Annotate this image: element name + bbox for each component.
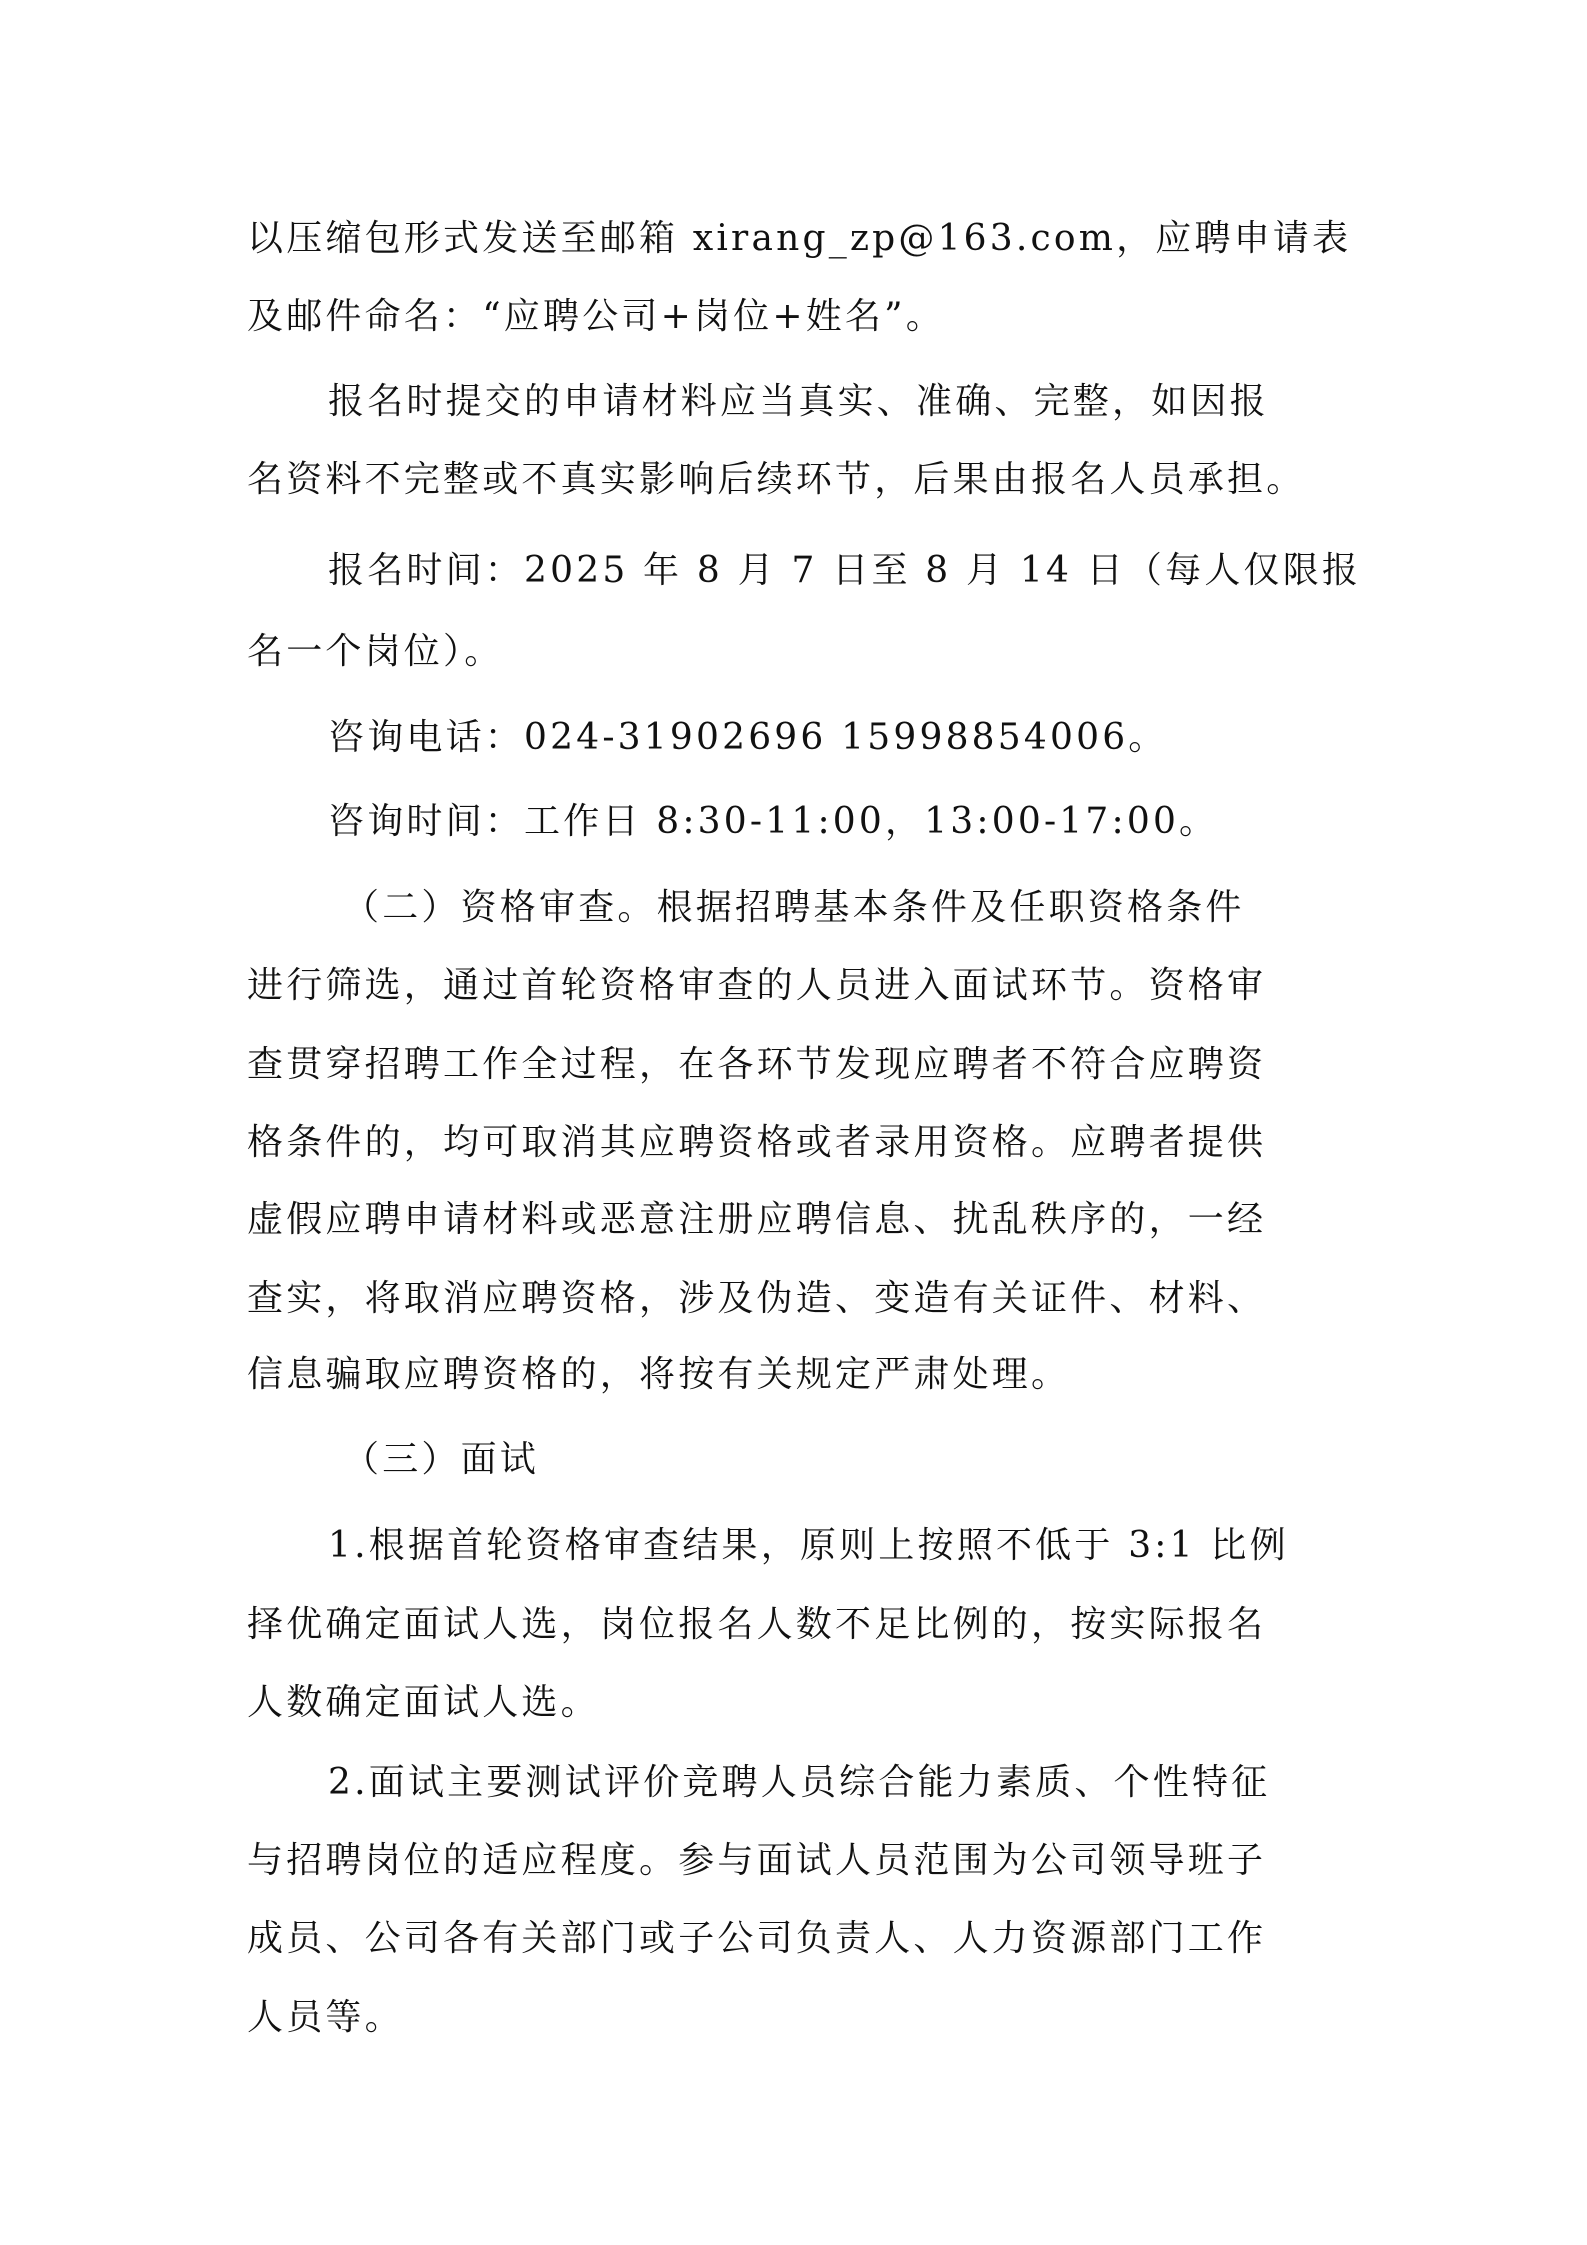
text-line-interview-item-1: 1.根据首轮资格审查结果，原则上按照不低于 3:1 比例 [328,1521,1358,1571]
text-line-interview-item-2: 2.面试主要测试评价竞聘人员综合能力素质、个性特征 [328,1758,1358,1808]
text-line-interview-item-2-cont-1: 与招聘岗位的适应程度。参与面试人员范围为公司领导班子 [247,1836,1357,1886]
section-heading-qualification-review: （二）资格审查。根据招聘基本条件及任职资格条件 [343,883,1358,933]
text-line-registration-time: 报名时间：2025 年 8 月 7 日至 8 月 14 日（每人仅限报 [328,546,1358,596]
text-line-contact-phone: 咨询电话：024-31902696 15998854006。 [328,713,1358,763]
text-line-review-5: 查实，将取消应聘资格，涉及伪造、变造有关证件、材料、 [247,1274,1357,1324]
text-line-interview-item-2-end: 人员等。 [247,1993,1357,2043]
document-page: 以压缩包形式发送至邮箱 xirang_zp@163.com，应聘申请表 及邮件命… [0,0,1587,2245]
text-line-review-1: 进行筛选，通过首轮资格审查的人员进入面试环节。资格审 [247,961,1357,1011]
text-line-interview-item-1-cont: 择优确定面试人选，岗位报名人数不足比例的，按实际报名 [247,1600,1357,1650]
text-line-review-6: 信息骗取应聘资格的，将按有关规定严肃处理。 [247,1350,1357,1400]
text-line-review-2: 查贯穿招聘工作全过程，在各环节发现应聘者不符合应聘资 [247,1040,1357,1090]
text-line-interview-item-2-cont-2: 成员、公司各有关部门或子公司负责人、人力资源部门工作 [247,1914,1357,1964]
text-line-materials-consequence: 名资料不完整或不真实影响后续环节，后果由报名人员承担。 [247,455,1357,505]
text-line-materials-truthful: 报名时提交的申请材料应当真实、准确、完整，如因报 [328,377,1358,427]
text-line-email-naming: 及邮件命名：“应聘公司+岗位+姓名”。 [247,292,1357,342]
text-line-review-3: 格条件的，均可取消其应聘资格或者录用资格。应聘者提供 [247,1118,1357,1168]
section-heading-interview: （三）面试 [343,1435,1358,1485]
text-line-interview-item-1-end: 人数确定面试人选。 [247,1678,1357,1728]
text-line-review-4: 虚假应聘申请材料或恶意注册应聘信息、扰乱秩序的，一经 [247,1195,1357,1245]
text-line-contact-hours: 咨询时间：工作日 8:30-11:00，13:00-17:00。 [328,797,1358,847]
text-line-registration-limit: 名一个岗位）。 [247,627,1357,677]
text-line-submission-email: 以压缩包形式发送至邮箱 xirang_zp@163.com，应聘申请表 [247,214,1357,264]
